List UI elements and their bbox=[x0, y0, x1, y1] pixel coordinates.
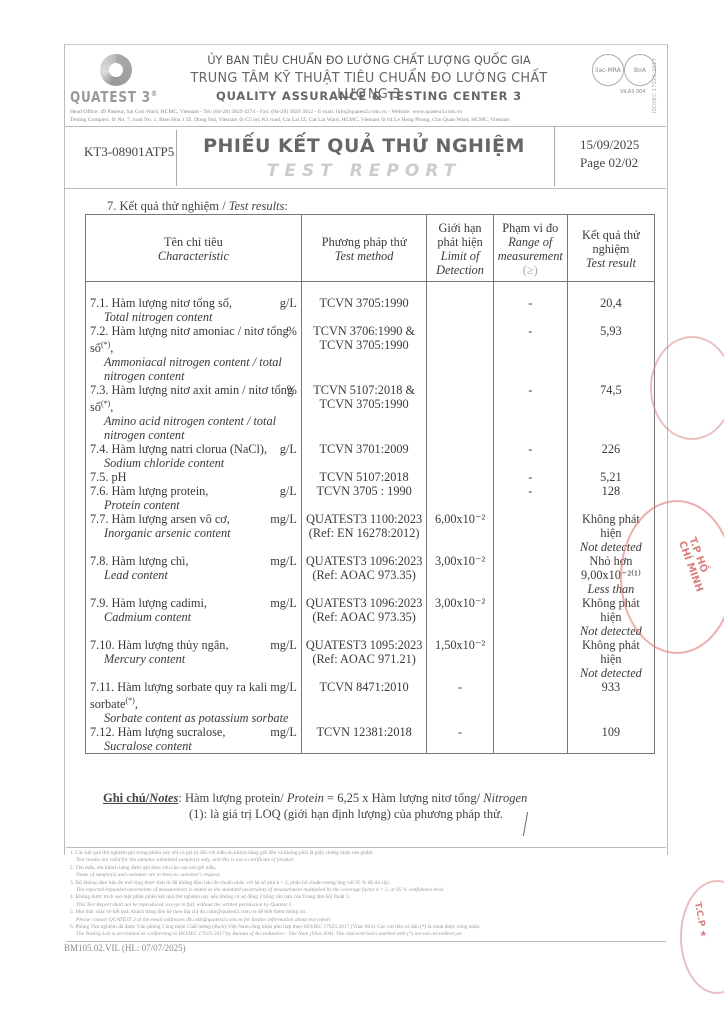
company-stamp-upper bbox=[650, 336, 724, 440]
characteristic-vn: 7.6. Hàm lượng protein, bbox=[90, 484, 208, 498]
lod-cell bbox=[427, 296, 493, 324]
range-cell bbox=[493, 638, 567, 680]
header-test-method: Phương pháp thửTest method bbox=[301, 215, 427, 282]
result-cell: 74,5 bbox=[567, 383, 654, 442]
result-cell: 128 bbox=[567, 484, 654, 512]
title-row: KT3-08901ATP5 PHIẾU KẾT QUẢ THỬ NGHIỆM T… bbox=[64, 126, 666, 188]
fine-print-en: Test results are valid for the samples s… bbox=[70, 857, 666, 864]
characteristic-vn: 7.9. Hàm lượng cadimi, bbox=[90, 596, 207, 610]
fine-print-vn: 4. Không được trích sao một phần phiếu k… bbox=[70, 894, 666, 901]
method-cell: QUATEST3 1096:2023 (Ref: AOAC 973.35) bbox=[301, 554, 427, 596]
characteristic-cell: g/L7.6. Hàm lượng protein,Protein conten… bbox=[86, 484, 302, 512]
unit: mg/L bbox=[270, 554, 297, 568]
characteristic-en: Sodium chloride content bbox=[90, 456, 297, 470]
range-cell: - bbox=[493, 442, 567, 470]
table-row: mg/L7.11. Hàm lượng sorbate quy ra kali … bbox=[86, 680, 655, 725]
range-cell: - bbox=[493, 296, 567, 324]
characteristic-vn: 7.10. Hàm lượng thủy ngân, bbox=[90, 638, 229, 652]
result-cell: 20,4 bbox=[567, 296, 654, 324]
method-cell: TCVN 5107:2018 bbox=[301, 470, 427, 484]
result-cell: 5,93 bbox=[567, 324, 654, 383]
characteristic-vn: 7.2. Hàm lượng nitơ amoniac / nitơ tổng … bbox=[90, 324, 289, 355]
unit: mg/L bbox=[270, 638, 297, 652]
table-row: mg/L7.10. Hàm lượng thủy ngân,Mercury co… bbox=[86, 638, 655, 680]
characteristic-en: Total nitrogen content bbox=[90, 310, 297, 324]
report-code: KT3-08901ATP5 bbox=[84, 144, 174, 160]
method-cell: TCVN 3705:1990 bbox=[301, 296, 427, 324]
ilac-mra-badge-icon: ilac-MRA bbox=[592, 54, 624, 86]
header-test-result: Kết quả thử nghiệmTest result bbox=[567, 215, 654, 282]
range-cell bbox=[493, 680, 567, 725]
fine-print-vn: 3. Độ không đảm bảo đo mở rộng được tính… bbox=[70, 880, 666, 887]
method-cell: TCVN 8471:2010 bbox=[301, 680, 427, 725]
lod-cell bbox=[427, 442, 493, 470]
lod-cell: 3,00x10⁻² bbox=[427, 554, 493, 596]
section-title: 7. Kết quả thử nghiệm / Test results: bbox=[107, 199, 288, 214]
unit: mg/L bbox=[270, 512, 297, 526]
lod-cell: - bbox=[427, 725, 493, 754]
range-cell bbox=[493, 596, 567, 638]
header-range: Phạm vi đoRange of measurement(≥) bbox=[493, 215, 567, 282]
range-cell: - bbox=[493, 484, 567, 512]
table-row: %7.3. Hàm lượng nitơ axit amin / nitơ tổ… bbox=[86, 383, 655, 442]
header-line-1: ỦY BAN TIÊU CHUẨN ĐO LƯỜNG CHẤT LƯỢNG QU… bbox=[180, 53, 558, 67]
lod-cell bbox=[427, 383, 493, 442]
method-cell: QUATEST3 1095:2023 (Ref: AOAC 971.21) bbox=[301, 638, 427, 680]
range-cell: - bbox=[493, 324, 567, 383]
characteristic-vn: 7.8. Hàm lượng chì, bbox=[90, 554, 189, 568]
divider bbox=[64, 188, 666, 189]
divider bbox=[554, 126, 555, 186]
characteristic-en: Sucralose content bbox=[90, 739, 297, 753]
iso-vertical-label: ISO/IEC 17025:2017 bbox=[652, 58, 658, 113]
lod-cell: - bbox=[427, 680, 493, 725]
characteristic-cell: %7.2. Hàm lượng nitơ amoniac / nitơ tổng… bbox=[86, 324, 302, 383]
characteristic-vn: 7.11. Hàm lượng sorbate quy ra kali sorb… bbox=[90, 680, 267, 711]
form-code: BM105.02.VIL (HL: 07/07/2025) bbox=[64, 943, 186, 953]
characteristic-cell: mg/L7.8. Hàm lượng chì,Lead content bbox=[86, 554, 302, 596]
unit: g/L bbox=[280, 442, 297, 456]
lod-cell: 6,00x10⁻² bbox=[427, 512, 493, 554]
characteristic-cell: mg/L7.10. Hàm lượng thủy ngân,Mercury co… bbox=[86, 638, 302, 680]
characteristic-cell: 7.5. pH bbox=[86, 470, 302, 484]
method-cell: TCVN 3706:1990 & TCVN 3705:1990 bbox=[301, 324, 427, 383]
result-cell: 226 bbox=[567, 442, 654, 470]
characteristic-en: Inorganic arsenic content bbox=[90, 526, 297, 540]
characteristic-en: Protein content bbox=[90, 498, 297, 512]
characteristic-en: Amino acid nitrogen content / total nitr… bbox=[90, 414, 297, 442]
document-header: QUATEST 3® ỦY BAN TIÊU CHUẨN ĐO LƯỜNG CH… bbox=[64, 44, 666, 126]
divider bbox=[176, 130, 177, 186]
range-cell: - bbox=[493, 383, 567, 442]
header-limit-of-detection: Giới hạn phát hiệnLimit of Detection bbox=[427, 215, 493, 282]
characteristic-cell: mg/L7.11. Hàm lượng sorbate quy ra kali … bbox=[86, 680, 302, 725]
unit: g/L bbox=[280, 484, 297, 498]
range-cell bbox=[493, 512, 567, 554]
table-row: %7.2. Hàm lượng nitơ amoniac / nitơ tổng… bbox=[86, 324, 655, 383]
vilas-label: VILAS 004 bbox=[620, 89, 646, 95]
characteristic-en: Sorbate content as potassium sorbate bbox=[90, 711, 297, 725]
characteristic-vn: 7.5. pH bbox=[90, 470, 127, 484]
head-office-address: Head Office: 49 Pasteur, Sai Gon Ward, H… bbox=[70, 109, 665, 115]
test-results-table: Tên chỉ tiêuCharacteristic Phương pháp t… bbox=[85, 214, 655, 754]
header-characteristic: Tên chỉ tiêuCharacteristic bbox=[86, 215, 302, 282]
method-cell: TCVN 3705 : 1990 bbox=[301, 484, 427, 512]
fine-print-en: The Testing Lab is accredited as conform… bbox=[70, 931, 666, 938]
quatest-logo-icon bbox=[100, 54, 132, 86]
result-cell: 5,21 bbox=[567, 470, 654, 484]
characteristic-cell: %7.3. Hàm lượng nitơ axit amin / nitơ tổ… bbox=[86, 383, 302, 442]
notes: Ghi chú/Notes: Hàm lượng protein/ Protei… bbox=[103, 790, 527, 822]
table-row: mg/L7.7. Hàm lượng arsen vô cơ,Inorganic… bbox=[86, 512, 655, 554]
spacer-row bbox=[86, 282, 655, 297]
page-number: Page 02/02 bbox=[580, 155, 638, 171]
method-cell: TCVN 5107:2018 & TCVN 3705:1990 bbox=[301, 383, 427, 442]
table-header-row: Tên chỉ tiêuCharacteristic Phương pháp t… bbox=[86, 215, 655, 282]
report-date: 15/09/2025 bbox=[580, 137, 639, 153]
characteristic-en: Ammoniacal nitrogen content / total nitr… bbox=[90, 355, 297, 383]
result-cell: 933 bbox=[567, 680, 654, 725]
notes-label: Ghi chú/Notes bbox=[103, 791, 178, 805]
method-cell: TCVN 12381:2018 bbox=[301, 725, 427, 754]
range-cell bbox=[493, 725, 567, 754]
characteristic-en: Lead content bbox=[90, 568, 297, 582]
fine-print-en: Name of sample(s) and customer are writt… bbox=[70, 872, 666, 879]
characteristic-vn: 7.1. Hàm lượng nitơ tổng số, bbox=[90, 296, 232, 310]
unit: mg/L bbox=[270, 596, 297, 610]
table-row: g/L7.6. Hàm lượng protein,Protein conten… bbox=[86, 484, 655, 512]
report-title: PHIẾU KẾT QUẢ THỬ NGHIỆM bbox=[184, 135, 544, 157]
table-row: 7.5. pHTCVN 5107:2018-5,21 bbox=[86, 470, 655, 484]
characteristic-vn: 7.7. Hàm lượng arsen vô cơ, bbox=[90, 512, 230, 526]
lod-cell: 3,00x10⁻² bbox=[427, 596, 493, 638]
range-cell bbox=[493, 554, 567, 596]
characteristic-vn: 7.4. Hàm lượng natri clorua (NaCl), bbox=[90, 442, 267, 456]
testing-complex-address: Testing Complex: ⊙ No. 7, road No. 1, Bi… bbox=[70, 117, 665, 123]
unit: % bbox=[287, 383, 297, 397]
result-cell: Không phát hiệnNot detected bbox=[567, 638, 654, 680]
report-title-en: TEST REPORT bbox=[184, 161, 544, 181]
characteristic-vn: 7.12. Hàm lượng sucralose, bbox=[90, 725, 225, 739]
table-row: mg/L7.12. Hàm lượng sucralose,Sucralose … bbox=[86, 725, 655, 754]
method-cell: QUATEST3 1100:2023 (Ref: EN 16278:2012) bbox=[301, 512, 427, 554]
table-row: mg/L7.9. Hàm lượng cadimi,Cadmium conten… bbox=[86, 596, 655, 638]
logo-text: QUATEST 3® bbox=[70, 88, 158, 106]
characteristic-en: Cadmium content bbox=[90, 610, 297, 624]
range-cell: - bbox=[493, 470, 567, 484]
fine-print-en: Please contact QUATEST 3 at the email ad… bbox=[70, 917, 666, 924]
table-row: g/L7.1. Hàm lượng nitơ tổng số,Total nit… bbox=[86, 296, 655, 324]
result-cell: 109 bbox=[567, 725, 654, 754]
characteristic-vn: 7.3. Hàm lượng nitơ axit amin / nitơ tổn… bbox=[90, 383, 293, 414]
fine-print-disclaimers: 1. Các kết quả thử nghiệm ghi trong phiế… bbox=[66, 847, 666, 942]
lod-cell: 1,50x10⁻² bbox=[427, 638, 493, 680]
fine-print-vn: 5. Mọi thắc mắc về kết quả, khách hàng l… bbox=[70, 909, 666, 916]
unit: g/L bbox=[280, 296, 297, 310]
characteristic-cell: mg/L7.12. Hàm lượng sucralose,Sucralose … bbox=[86, 725, 302, 754]
lod-cell bbox=[427, 470, 493, 484]
lod-cell bbox=[427, 484, 493, 512]
method-cell: TCVN 3701:2009 bbox=[301, 442, 427, 470]
unit: % bbox=[287, 324, 297, 338]
characteristic-en: Mercury content bbox=[90, 652, 297, 666]
method-cell: QUATEST3 1096:2023 (Ref: AOAC 973.35) bbox=[301, 596, 427, 638]
characteristic-cell: g/L7.1. Hàm lượng nitơ tổng số,Total nit… bbox=[86, 296, 302, 324]
header-line-3: QUALITY ASSURANCE & TESTING CENTER 3 bbox=[159, 89, 579, 103]
table-row: mg/L7.8. Hàm lượng chì,Lead contentQUATE… bbox=[86, 554, 655, 596]
notes-line-2: (1): là giá trị LOQ (giới hạn định lượng… bbox=[103, 806, 527, 822]
characteristic-cell: mg/L7.7. Hàm lượng arsen vô cơ,Inorganic… bbox=[86, 512, 302, 554]
characteristic-cell: g/L7.4. Hàm lượng natri clorua (NaCl),So… bbox=[86, 442, 302, 470]
unit: mg/L bbox=[270, 725, 297, 739]
lod-cell bbox=[427, 324, 493, 383]
unit: mg/L bbox=[270, 680, 297, 694]
characteristic-cell: mg/L7.9. Hàm lượng cadimi,Cadmium conten… bbox=[86, 596, 302, 638]
table-row: g/L7.4. Hàm lượng natri clorua (NaCl),So… bbox=[86, 442, 655, 470]
